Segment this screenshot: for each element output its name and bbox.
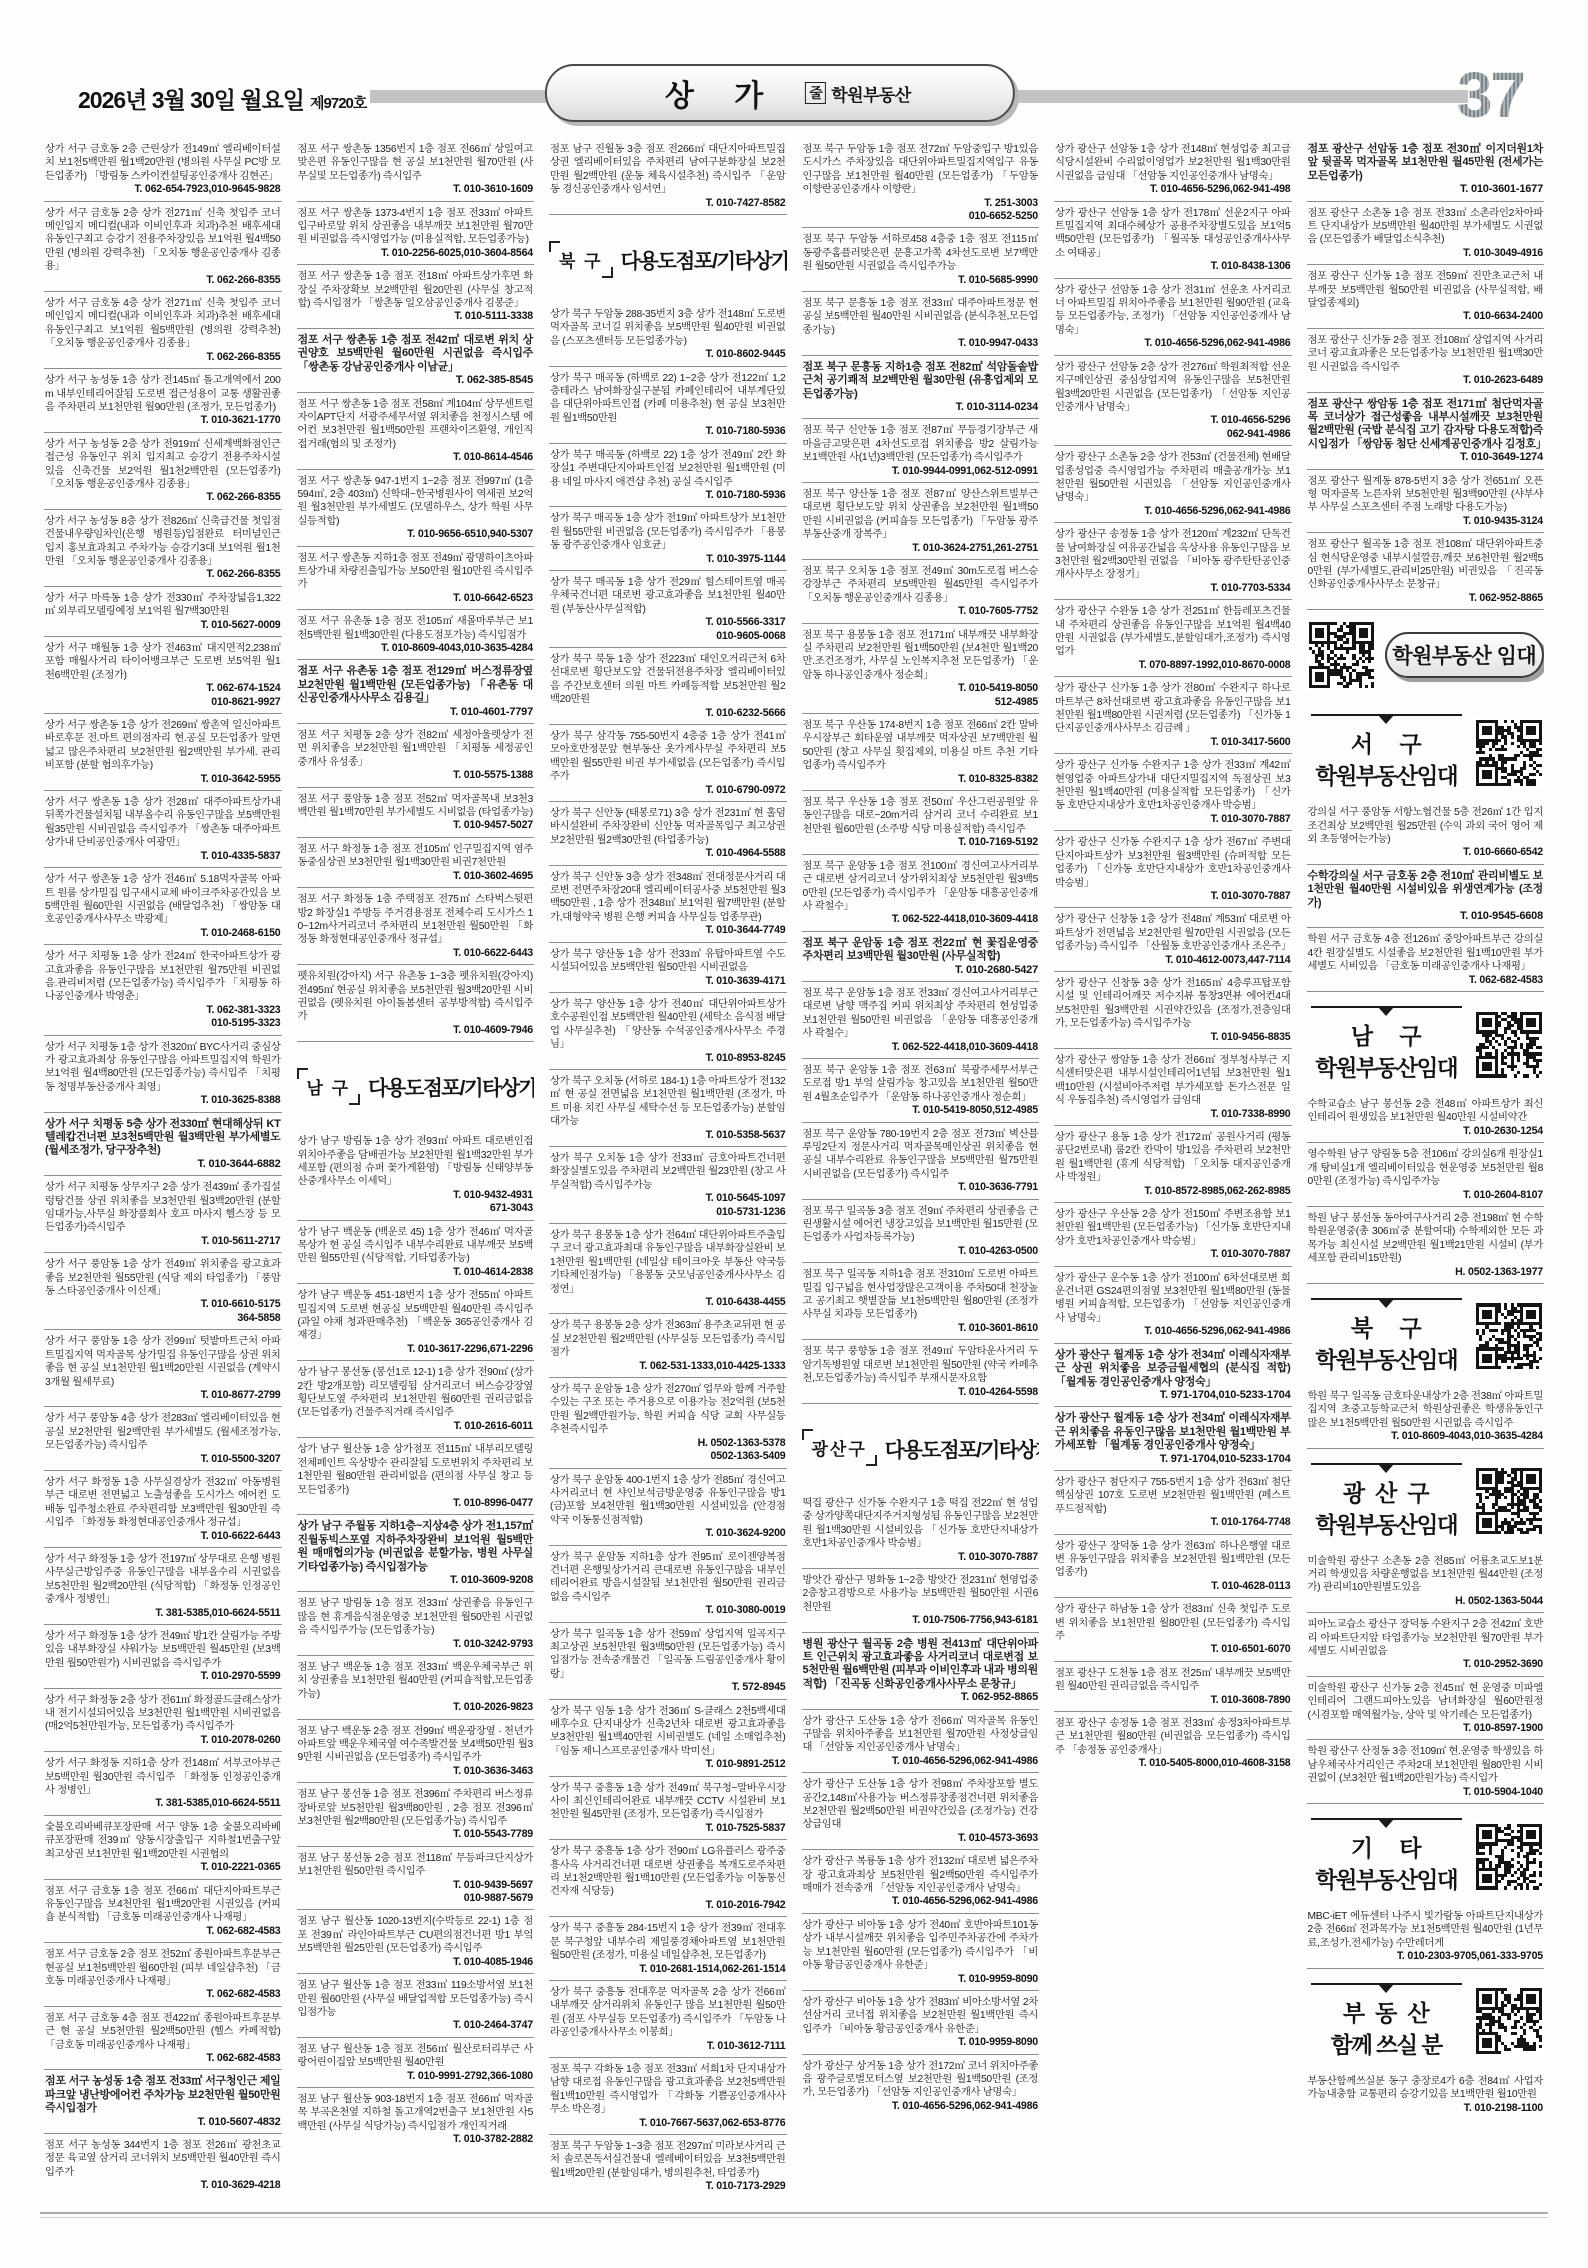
ad-phone: T. 010-3625-8388 (45, 1094, 281, 1107)
classified-ad: 상가 서구 쌍촌동 1층 상가 전28㎡ 대주아파트상가내 뒤쪽가건물설치됨 내… (44, 791, 282, 868)
ad-text: 상가 광산구 복룡동 1층 상가 전132㎡ 대로변 넓은주차장 광고효과최상 … (803, 1855, 1039, 1895)
column-6: 점포 광산구 선암동 1층 점포 전30㎡ 이지더원1차앞 뒷골목 먹자골목 보… (1307, 138, 1545, 2210)
ad-phone: T. 010-3644-6882 (45, 1158, 281, 1171)
classified-ad: 점포 북구 용봉동 1층 점포 전171㎡ 내부깨끗 내부화장실 주차편리 보2… (802, 624, 1040, 714)
ad-text: 상가 북구 일곡동 1층 상가 전59㎡ 상업지역 일곡지구 최고상권 보5천만… (550, 1628, 786, 1682)
column-5: 상가 광산구 선암동 1층 상가 전148㎡ 현성업중 최고급식당시설완비 수리… (1054, 138, 1292, 2210)
classified-ad: 점포 광산구 신가동 1층 점포 전59㎡ 진만초교근처 내부깨끗 보5백만원 … (1307, 265, 1545, 329)
ad-text: 상가 서구 마륵동 1층 상가 전330㎡ 주차장넓음1,322㎡ 외부리모델링… (45, 592, 281, 619)
date-text: 2026년 3월 30일 월요일 (78, 87, 304, 113)
classified-ad: 상가 광산구 신창동 1층 상가 전48㎡ 계53㎡ 대로변 아파트상가 전면넓… (1054, 908, 1292, 972)
ad-phone: T. 010-2616-6011 (298, 1420, 534, 1433)
ad-phone: T. 010-5607-4832 (45, 2116, 281, 2129)
ad-phone: T. 010-3049-4916 (1308, 247, 1544, 260)
bottom-rule-thin (40, 2217, 1548, 2218)
classified-ad: 점포 서구 쌍촌동 947-1번지 1~2층 점포 전997㎡ (1층 594㎡… (297, 470, 535, 547)
classified-ad: 상가 서구 매월동 1층 상가 전463㎡ 대지면적2,238㎡ 포함 매월사거… (44, 637, 282, 714)
ad-phone: T. 010-3417-5600 (1055, 736, 1291, 749)
ad-text: 점포 광산구 도천동 1층 점포 전25㎡ 내부깨끗 보5백만원 월40만원 권… (1055, 1667, 1291, 1694)
ad-phone: T. 010-2078-0260 (45, 1734, 281, 1747)
ad-text: 상가 북구 매곡동 (하백로 22) 1층 상가 전49㎡ 2칸 화장실1 주변… (550, 449, 786, 489)
classified-ad: 상가 광산구 첨단지구 755-5번지 1층 상가 전63㎡ 첨단핵심상권 10… (1054, 1471, 1292, 1535)
classified-ad: 점포 서구 화정동 1층 주택점포 전75㎡ 스타벅스뒷편 방2 화장실1 주방… (297, 888, 535, 965)
academy-district-text: 기 타학원부동산임대 (1307, 1818, 1467, 1895)
classified-ad: 피아노교습소 광산구 장덕동 수완지구 2층 전42㎡ 호반리 아파트단지앞 타… (1307, 1613, 1545, 1677)
ad-phone: T. 062-682-4583 (45, 1925, 281, 1938)
ad-phone: T. 010-3644-7749 (550, 924, 786, 937)
classified-ad: 상가 북구 신안동 (태봉로71) 3층 상가 전231㎡ 현 홀덤바시설완비 … (549, 802, 787, 866)
ad-text: 점포 서구 농성동 344번지 1층 점포 전26㎡ 광천초교 정문 육교옆 삼… (45, 2139, 281, 2179)
ad-text: 상가 북구 양산동 1층 상가 전40㎡ 대단위아파트상가 호수공원인접 보5백… (550, 998, 786, 1052)
ad-phone: T. 010-9656-6510,940-5307 (298, 528, 534, 541)
academy-banner-title: 학원부동산 임대 (1385, 632, 1545, 678)
page-header: 2026년 3월 30일 월요일제9720호 상 가 줄 학원부동산 37 (0, 58, 1588, 130)
ad-phone: T. 010-3649-1274 (1308, 451, 1544, 464)
ad-text: 점포 서구 화정동 1층 주택점포 전75㎡ 스타벅스뒷편 방2 화장실1 주방… (298, 893, 534, 947)
ad-text: 상가 서구 화정동 1층 상가 전49㎡ 방1칸 살림가능 주방있음 내부화장실… (45, 1630, 281, 1670)
classified-ad: 학원 광산구 산정동 3층 전109㎡ 현.운영중 학생있음 하남우체국사거리인… (1307, 1740, 1545, 1804)
ad-text: 상가 광산구 장덕동 1층 상가 전63㎡ 하나은행옆 대로변 유동인구많음 위… (1055, 1540, 1291, 1580)
ad-text: 상가 북구 신안동 (태봉로71) 3층 상가 전231㎡ 현 홀덤바시설완비 … (550, 807, 786, 847)
ad-text: 점포 북구 일곡동 3층 점포 전9㎡ 주차편리 상권좋음 근린생활시설 에어컨… (803, 1205, 1039, 1245)
ad-phone: T. 010-4656-5296,062-941-4986 (1055, 505, 1291, 518)
ad-text: 점포 서구 치평동 2층 상가 전82㎡ 세정아울렛상가 전면 위치좋음 보2천… (298, 729, 534, 769)
ad-text: 숯불오리바베큐포장판매 서구 양동 1층 숯불오리바베큐포장판매 전39㎡ 양동… (45, 1821, 281, 1861)
ad-text: 상가 광산구 신가동 수완지구 1층 상가 전33㎡ 계42㎡ 현영업중 아파트… (1055, 759, 1291, 813)
ad-text: 상가 광산구 신가동 수완지구 1층 상가 전67㎡ 주변대단지아파트상가 보3… (1055, 836, 1291, 890)
classified-ad: 상가 광산구 선암동 1층 상가 전178㎡ 선운2지구 아파트밀집지역 최대수… (1054, 202, 1292, 279)
classified-ad: 수학강의실 서구 금호동 2층 전10㎡ 관리비별도 보1천만원 월40만원 시… (1307, 865, 1545, 929)
classified-ad: 상가 북구 북동 1층 상가 전223㎡ 대인오거리근처 6차선대로변 횡단보도… (549, 648, 787, 725)
ad-text: 상가 북구 양산동 1층 상가 전33㎡ 유탑아파트옆 수도시설되어있음 보5백… (550, 948, 786, 975)
ad-text: 점포 광산구 쌍암동 1층 점포 전171㎡ 첨단먹자골목 코너상가 접근성좋음… (1308, 398, 1544, 452)
ad-text: 수학교습소 남구 봉선동 2층 전48㎡ 아파트상가 최신 인테리어 원생있음 … (1308, 1098, 1544, 1125)
ad-text: 점포 북구 신안동 1층 점포 전87㎡ 무등경기장부근 새마을금고맞은편 4차… (803, 424, 1039, 464)
classified-ad: 점포 서구 쌍촌동 지하1층 점포 전49㎡ 광명하이츠아파트상가내 차량진출입… (297, 547, 535, 611)
ad-text: 점포 북구 오치동 1층 점포 전49㎡ 30m도로접 버스승강장부근 주차편리… (803, 565, 1039, 605)
ad-phone: T. 010-5645-1097 010-5731-1236 (550, 1192, 786, 1219)
section-banner: 상 가 줄 학원부동산 (545, 64, 1015, 122)
academy-district-text: 광산구학원부동산임대 (1307, 1463, 1467, 1540)
qr-code-icon (1307, 620, 1377, 690)
ad-text: 학원 광산구 산정동 3층 전109㎡ 현.운영중 학생있음 하남우체국사거리인… (1308, 1745, 1544, 1785)
ad-text: 상가 북구 용봉동 1층 상가 전64㎡ 대단위아파트주출입구 코너 광고효과최… (550, 1229, 786, 1296)
classified-ad: 병원 광산구 월곡동 2층 병원 전413㎡ 대단위아파트 인근위치 광고효과좋… (802, 1633, 1040, 1710)
district-section-header: 북 구다용도점포/기타상가 (549, 215, 787, 303)
ad-text: 상가 광산구 하남동 1층 상가 전83㎡ 신축 첫입주 도로변 위치좋음 보1… (1055, 1603, 1291, 1643)
classified-ad: 상가 서구 화정동 지하1층 상가 전148㎡ 서부코아부근 보5백만원 월30… (44, 1752, 282, 1816)
classified-ad: 점포 북구 양산동 1층 점포 전87㎡ 양산스위트빌부근 대로변 횡단보도앞 … (802, 483, 1040, 560)
ad-text: 점포 남구 봉선동 1층 점포 전396㎡ 주차편리 버스정류장바로앞 보5천만… (298, 1788, 534, 1828)
classified-ad: 상가 북구 중흥동 전대후문 먹자골목 2층 상가 전66㎡ 내부깨끗 삼거리위… (549, 1981, 787, 2058)
ad-phone: T. 010-7180-5936 (550, 489, 786, 502)
ad-phone: T. 062-654-7923,010-9645-9828 (45, 183, 281, 196)
ad-text: 상가 광산구 상거동 1층 상가 전172㎡ 코너 위치아주좋음 광주글로벌모터… (803, 2060, 1039, 2100)
ad-text: 상가 광산구 비아동 1층 상가 전40㎡ 호반아파트101동상가 내부시설깨끗… (803, 1919, 1039, 1973)
ad-text: 상가 서구 화정동 2층 상가 전61㎡ 화정골드클래스상가내 전기시설되어있음… (45, 1694, 281, 1734)
ad-phone: T. 010-3608-7890 (1055, 1694, 1291, 1707)
classified-ad: 상가 광산구 용동 1층 상가 전172㎡ 공원사거리 (평동공단2번로내) 룸… (1054, 1126, 1292, 1203)
classified-ad: 수학교습소 남구 봉선동 2층 전48㎡ 아파트상가 최신 인테리어 원생있음 … (1307, 1093, 1545, 1143)
ad-text: 상가 남구 방림동 1층 상가 전93㎡ 아파트 대로변인접 위치아주좋음 담배… (298, 1135, 534, 1189)
academy-district-section: 서 구학원부동산임대 (1307, 700, 1545, 801)
classified-ad: 상가 서구 화정동 1층 사무실겸상가 전32㎡ 아동병원 부근 대로변 전면넓… (44, 1471, 282, 1548)
ad-phone: T. 010-8609-4043,010-3635-4284 (1308, 1430, 1544, 1443)
ad-phone: T. 010-3070-7887 (1055, 813, 1291, 826)
ad-phone: T. 010-9944-0991,062-512-0991 (803, 465, 1039, 478)
classified-ad: 점포 광산구 송정동 1층 점포 전33㎡ 송정3차아파트부근 보1천만원 월8… (1054, 1712, 1292, 1775)
classified-ad: 상가 광산구 수완동 1층 상가 전251㎡ 한듬레포츠건물내 주차편리 상권좋… (1054, 600, 1292, 677)
ad-text: 상가 광산구 월계동 1층 상가 전34㎡ 이레식자재부근 상권 위치좋음 보증… (1055, 1349, 1291, 1389)
ad-phone: T. 010-5500-3207 (45, 1453, 281, 1466)
ad-text: 상가 남구 월산동 1층 상가점포 전115㎡ 내부리모델링 전체페인트 옥상방… (298, 1443, 534, 1497)
ad-text: 점포 북구 일곡동 지하1층 점포 전310㎡ 도로변 아파트밀집 입구넓음 현… (803, 1268, 1039, 1322)
district-tag: 광산구 (802, 1429, 877, 1466)
ad-text: 상가 서구 치평동 1층 상가 전24㎡ 한국아파트상가 광고효과좋음 유동인구… (45, 950, 281, 1004)
ad-phone: T. 010-5419-8050 512-4985 (803, 682, 1039, 709)
academy-district-section: 북 구학원부동산임대 (1307, 1284, 1545, 1385)
ad-text: 상가 서구 풍암동 1층 상가 전99㎡ 텃밭마트근처 아파트밀집지역 먹자골목… (45, 1335, 281, 1389)
ad-phone: T. 010-8614-4546 (298, 451, 534, 464)
ad-text: 점포 북구 두암동 서하로458 4층중 1층 점포 전115㎡ 동광주홈플러맞… (803, 233, 1039, 273)
ad-phone: T. 010-3629-4218 (45, 2179, 281, 2192)
ad-text: 점포 북구 두암동 1~3층 점포 전297㎡ 미라보사거리 근처 솔로몬독서실… (550, 2140, 786, 2180)
section-subtitle: 줄 학원부동산 (805, 81, 911, 106)
ad-phone: T. 010-4609-7946 (298, 1024, 534, 1037)
classified-ad: 점포 서구 풍암동 1층 점포 전52㎡ 먹자골목내 보3천3백만원 월1백70… (297, 788, 535, 838)
classified-ad: 점포 광산구 신가동 2층 점포 전108㎡ 상업지역 사거리 코너 광고효과좋… (1307, 329, 1545, 393)
ad-phone: T. 010-5904-1040 (1308, 1786, 1544, 1799)
classified-ad: 상가 북구 매곡동 (하백로 22) 1층 상가 전49㎡ 2칸 화장실1 주변… (549, 444, 787, 508)
ad-text: 방앗간 광산구 명화동 1~2층 방앗간 전231㎡ 현영업중 2층창고겸방으로… (803, 1574, 1039, 1614)
ad-phone: T. 010-8572-8985,062-262-8985 (1055, 1185, 1291, 1198)
academy-district-text: 서 구학원부동산임대 (1307, 714, 1467, 791)
ad-phone: T. 062-385-8545 (298, 374, 534, 387)
ad-phone: T. 010-3602-4695 (298, 870, 534, 883)
academy-district-name: 기 타 (1307, 1830, 1467, 1863)
ad-phone: T. 010-8677-2799 (45, 1389, 281, 1402)
ad-phone: T. 010-6438-4455 (550, 1296, 786, 1309)
ad-text: 영수학원 남구 양림동 5층 전106㎡ 강의실6개 원장실1개 탕비실1개 엘… (1308, 1148, 1544, 1188)
classified-ad: 점포 북구 우산동 1층 점포 전50㎡ 우산그린공원앞 유동인구많음 대로~2… (802, 791, 1040, 855)
ad-phone: T. 010-2468-6150 (45, 927, 281, 940)
ad-phone: T. 010-6622-6443 (298, 947, 534, 960)
ad-text: 점포 광산구 신가동 1층 점포 전59㎡ 진만초교근처 내부깨끗 보5백만원 … (1308, 270, 1544, 310)
classified-ad: 상가 북구 임동 1층 상가 전36㎡ S-클래스 2천5백세대배후수요 단지내… (549, 1700, 787, 1777)
ad-phone: T. 010-9959-8090 (803, 1973, 1039, 1986)
ad-phone: T. 010-6634-2400 (1308, 310, 1544, 323)
ad-text: 상가 광산구 소촌동 2층 상가 전53㎡ (건물전체) 현배달업종성업중 즉시… (1055, 451, 1291, 505)
ad-phone: T. 010-5111-3338 (298, 310, 534, 323)
ad-phone: T. 010-2256-6025,010-3604-8564 (298, 247, 534, 260)
ad-phone: T. 010-8325-8382 (803, 773, 1039, 786)
newspaper-page: 2026년 3월 30일 월요일제9720호 상 가 줄 학원부동산 37 상가… (0, 0, 1588, 2268)
ad-text: 상가 북구 운암동 지하1층 상가 전95㎡ 로이젠양복점 건너편 은행및상가거… (550, 1551, 786, 1605)
ad-text: 상가 서구 쌍촌동 1층 상가 전28㎡ 대주아파트상가내 뒤쪽가건물설치됨 내… (45, 796, 281, 850)
ad-text: 상가 북구 매곡동 1층 상가 전19㎡ 아파트상가 보1천만원 월55만원 비… (550, 512, 786, 552)
classified-ad: 상가 광산구 도산동 1층 상가 전98㎡ 주차장포함 별도공간2,148㎡사용… (802, 1773, 1040, 1850)
ad-text: 상가 광산구 수완동 1층 상가 전251㎡ 한듬레포츠건물내 주차편리 상권좋… (1055, 605, 1291, 659)
ad-text: 상가 서구 화정동 1층 사무실겸상가 전32㎡ 아동병원 부근 대로변 전면넓… (45, 1476, 281, 1530)
classified-ad: 상가 광산구 선암동 2층 상가 전276㎡ 학원최적합 선운지구메인상권 중심… (1054, 356, 1292, 446)
ad-text: 상가 서구 치평동 5층 상가 전330㎡ 현대해상뒤 KT텔레캅건너편 보3천… (45, 1118, 281, 1158)
ad-phone: T. 010-4335-5837 (45, 850, 281, 863)
ad-phone: T. 251-3003 010-6652-5250 (803, 197, 1039, 224)
ad-phone: T. 010-5419-8050,512-4985 (803, 1104, 1039, 1117)
ad-phone: T. 010-6660-6542 (1308, 846, 1544, 859)
ad-phone: T. 010-9891-2512 (550, 1758, 786, 1771)
ad-phone: T. 010-9432-4931 671-3043 (298, 1189, 534, 1216)
academy-district-text: 부동산함께 쓰실 분 (1307, 1983, 1467, 2060)
ad-text: 점포 북구 우산동 174-8번지 1층 점포 전66㎡ 2칸 말바우시장부근 … (803, 719, 1039, 773)
ad-phone: T. 010-2970-5599 (45, 1670, 281, 1683)
classified-ad: 점포 북구 운암동 1층 점포 전22㎡ 현 꽃집운영중 주차편리 보3백만원 … (802, 932, 1040, 982)
ad-phone: T. 010-7180-5936 (550, 425, 786, 438)
ad-text: 상가 북구 중흥동 284-15번지 1층 상가 전39㎡ 전대후문 북구청앞 … (550, 1922, 786, 1962)
ad-phone: T. 010-3639-4171 (550, 975, 786, 988)
ad-phone: T. 010-7506-7756,943-6181 (803, 1614, 1039, 1627)
ad-text: 상가 서구 매월동 1층 상가 전463㎡ 대지면적2,238㎡ 포함 매월사거… (45, 642, 281, 682)
ad-text: 상가 서구 쌍촌동 1층 상가 전46㎡ 5.18먹자골목 아파트 원룸 상가밀… (45, 873, 281, 927)
ad-phone: T. 010-4573-3693 (803, 1832, 1039, 1845)
ad-text: 점포 북구 운암동 780-19번지 2층 점포 전73㎡ 벽산블루밍2단지 정… (803, 1128, 1039, 1182)
ad-text: 상가 서구 금호동 2층 상가 전271㎡ 신축 첫입주 코너 메인입지 메디컬… (45, 207, 281, 274)
ad-phone: T. 010-1764-7748 (1055, 1516, 1291, 1529)
ad-text: 상가 광산구 송정동 1층 상가 전120㎡ 계232㎡ 단독건물 남여화장실 … (1055, 528, 1291, 582)
ad-text: 점포 북구 문흥동 지하1층 점포 전82㎡ 석암돌솥밥근처 공기쾌적 보2백만… (803, 361, 1039, 401)
ad-text: 점포 서구 쌍촌동 1층 점포 전18㎡ 아파트상가후면 화장실 주차장확보 보… (298, 270, 534, 310)
classified-ad: 상가 광산구 도산동 1층 상가 전66㎡ 먹자골목 유동인구많음 위치아주좋음… (802, 1710, 1040, 1774)
ad-text: 미술학원 광산구 소촌동 2층 전85㎡ 어룡초교도보1분거리 학생있음 차량운… (1308, 1555, 1544, 1595)
ad-phone: T. 010-9435-3124 (1308, 515, 1544, 528)
ad-phone: T. 010-3601-1677 (1308, 183, 1544, 196)
column-1: 상가 서구 금호동 2층 근린상가 전149㎡ 엘리베이터설치 보1천5백만원 … (44, 138, 282, 2210)
issue-number: 제9720호 (310, 95, 366, 112)
classified-ad: 상가 서구 치평동 5층 상가 전330㎡ 현대해상뒤 KT텔레캅건너편 보3천… (44, 1113, 282, 1177)
classified-ad: 상가 서구 풍암동 1층 상가 전49㎡ 위치좋음 광고효과좋음 보2천만원 월… (44, 1253, 282, 1330)
ad-text: 상가 북구 오치동 (서하로 184-1) 1층 아파트상가 전132㎡ 현 공… (550, 1075, 786, 1129)
ad-phone: T. 010-3621-1770 (45, 414, 281, 427)
ad-phone: T. 010-3070-7887 (803, 1551, 1039, 1564)
ad-phone: H. 0502-1363-5378 0502-1363-5409 (550, 1437, 786, 1464)
classified-ad: 점포 서구 금호동 1층 점포 전66㎡ 대단지아파트부근 유동인구많음 보4천… (44, 1880, 282, 1944)
ad-text: 점포 광산구 신가동 2층 점포 전108㎡ 상업지역 사거리 코너 광고효과좋… (1308, 334, 1544, 374)
ad-text: 점포 서구 화정동 1층 점포 전105㎡ 인구밀집지역 염주동중심상권 보3천… (298, 843, 534, 870)
ad-text: 상가 남구 백운동 (백운로 45) 1층 상가 전46㎡ 먹자골목상가 현 공… (298, 1226, 534, 1266)
ad-phone: T. 010-4656-5296,062-941-4986 (803, 2100, 1039, 2113)
ad-phone: T. 010-6610-5175 364-5858 (45, 1298, 281, 1325)
classified-ad: 점포 광산구 월계동 878-5번지 3층 상가 전651㎡ 오픈형 먹자골목 … (1307, 470, 1545, 534)
classified-ad: 상가 북구 오치동 1층 상가 전33㎡ 금호아파트건너편 화장실별도있음 주차… (549, 1147, 787, 1224)
date-line: 2026년 3월 30일 월요일제9720호 (78, 82, 366, 115)
academy-district-section: 기 타학원부동산임대 (1307, 1804, 1545, 1905)
ad-phone: T. 010-3636-7791 (803, 1181, 1039, 1194)
ad-text: 점포 서구 쌍촌동 1층 점포 전42㎡ 대로변 위치 상권양호 보5백만원 월… (298, 334, 534, 374)
district-section-header: 광산구다용도점포/기타상가 (802, 1404, 1040, 1492)
classified-ad: 상가 북구 중흥동 1층 상가 전90㎡ LG유플러스 광주중흥사옥 사거리건너… (549, 1840, 787, 1917)
ad-phone: T. 010-4628-0113 (1055, 1580, 1291, 1593)
ad-text: 상가 북구 중흥동 1층 상가 전90㎡ LG유플러스 광주중흥사옥 사거리건너… (550, 1845, 786, 1899)
column-4: 점포 북구 두암동 1층 점포 전72㎡ 두암중입구 방1있음 도시가스 주차장… (802, 138, 1040, 2210)
ad-phone: T. 010-9991-2792,366-1080 (298, 2070, 534, 2083)
ad-text: 점포 남구 진월동 3층 점포 전266㎡ 대단지아파트밀집상권 엘리베이터있음… (550, 143, 786, 197)
ad-phone: T. 010-4656-5296,062-941-4986 (803, 1895, 1039, 1908)
ad-phone: T. 010-3601-8610 (803, 1322, 1039, 1335)
ad-text: 상가 남구 봉선동 (봉선1로 12-1) 1층 상가 전90㎡ (상가2칸 방… (298, 1366, 534, 1420)
ad-phone: T. 010-4656-5296,062-941-498 (1055, 183, 1291, 196)
classified-ad: 강의실 서구 풍암동 서항노협건물 5층 전26㎡ 1간 입지조건최상 보2백만… (1307, 801, 1545, 865)
classified-ad: 숯불오리바베큐포장판매 서구 양동 1층 숯불오리바베큐포장판매 전39㎡ 양동… (44, 1816, 282, 1880)
classified-ad: 상가 북구 매곡동 1층 상가 전29㎡ 힐스테이트옆 매곡우체국건너편 대로변… (549, 571, 787, 648)
classified-ad: 상가 광산구 월계동 1층 상가 전34㎡ 이레식자재부근 상권 위치좋음 보증… (1054, 1344, 1292, 1408)
ad-phone: T. 010-3975-1144 (550, 553, 786, 566)
section-header-title: 다용도점포/기타상가 (885, 1433, 1039, 1463)
ad-phone: T. 010-2221-0365 (45, 1861, 281, 1874)
classified-ad: 점포 북구 두암동 서하로458 4층중 1층 점포 전115㎡ 동광주홈플러맞… (802, 228, 1040, 292)
ad-phone: T. 062-266-8355 (45, 491, 281, 504)
classified-ad: 상가 광산구 장덕동 1층 상가 전63㎡ 하나은행옆 대로변 유동인구많음 위… (1054, 1535, 1292, 1599)
ad-text: 학원 북구 일곡동 금호타운내상가 2층 전38㎡ 아파트밀집지역 초중고등학교… (1308, 1390, 1544, 1430)
ad-text: 상가 북구 삼각동 755-50번지 4층중 1층 상가 전41㎡ 모아호반정문… (550, 730, 786, 784)
ad-text: 점포 광산구 월계동 878-5번지 3층 상가 전651㎡ 오픈형 먹자골목 … (1308, 475, 1544, 515)
ad-text: 점포 북구 양산동 1층 점포 전87㎡ 양산스위트빌부근 대로변 횡단보도앞 … (803, 488, 1039, 542)
classified-ad: 점포 광산구 쌍암동 1층 점포 전171㎡ 첨단먹자골목 코너상가 접근성좋음… (1307, 393, 1545, 470)
ad-text: 점포 북구 각화동 1층 점포 전33㎡ 서희1차 단지내상가 남향 대로접 유… (550, 2063, 786, 2117)
ad-text: 상가 서구 풍암동 1층 상가 전49㎡ 위치좋음 광고효과좋음 보2천만원 월… (45, 1258, 281, 1298)
ad-text: 상가 북구 중흥동 전대후문 먹자골목 2층 상가 전66㎡ 내부깨끗 삼거리위… (550, 1986, 786, 2040)
academy-district-name: 서 구 (1307, 726, 1467, 759)
ad-text: 상가 서구 농성동 8층 상가 전826㎡ 신축급건물 첫입점 건물내우량임차인… (45, 515, 281, 569)
ad-text: 점포 남구 월산동 903-18번지 1층 점포 전66㎡ 먹자골목 부곡온천옆… (298, 2093, 534, 2133)
classified-ad: 상가 서구 화정동 1층 상가 전197㎡ 상무대로 은행 병원 사무실근방입주… (44, 1548, 282, 1625)
ad-text: 부동산함께쓰실분 동구 충장로4가 6층 전84㎡ 사업자 가능내충함 교통편리… (1308, 2075, 1544, 2102)
academy-district-section: 부동산함께 쓰실 분 (1307, 1969, 1545, 2070)
ad-phone: T. 010-6790-0972 (550, 784, 786, 797)
classified-ad: 상가 광산구 하남동 1층 상가 전83㎡ 신축 첫입주 도로변 위치좋음 보1… (1054, 1598, 1292, 1662)
ad-phone: T. 010-3609-9208 (298, 1574, 534, 1587)
classified-ad: 상가 광산구 송정동 1층 상가 전120㎡ 계232㎡ 단독건물 남여화장실 … (1054, 523, 1292, 600)
classified-ad: 점포 남구 월산동 903-18번지 1층 점포 전66㎡ 먹자골목 부곡온천옆… (297, 2088, 535, 2151)
academy-district-name: 광산구 (1307, 1475, 1467, 1508)
ad-text: 상가 서구 치평동 상무지구 2층 상가 전439㎡ 종가집설렁탕건물 상권 위… (45, 1181, 281, 1235)
ad-phone: T. 010-8609-4043,010-3635-4284 (298, 642, 534, 655)
classified-ad: 상가 북구 중흥동 1층 상가 전49㎡ 북구청~말바우시장사이 최신인테리어완… (549, 1777, 787, 1841)
ad-text: 상가 광산구 신창동 1층 상가 전48㎡ 계53㎡ 대로변 아파트상가 전면넓… (1055, 913, 1291, 953)
classified-ad: 점포 북구 우산동 174-8번지 1층 점포 전66㎡ 2칸 말바우시장부근 … (802, 714, 1040, 791)
classified-ad: 점포 남구 월산동 1층 점포 전56㎡ 월산로터리부근 사랑어린이집앞 보5백… (297, 2038, 535, 2088)
ad-phone: T. 010-7667-5637,062-653-8776 (550, 2117, 786, 2130)
ad-phone: T. 010-5405-8000,010-4608-3158 (1055, 1757, 1291, 1770)
classified-ad: 상가 남구 방림동 1층 상가 전93㎡ 아파트 대로변인접 위치아주좋음 담배… (297, 1130, 535, 1220)
ad-phone: T. 062-952-8865 (1308, 592, 1544, 605)
academy-district-title: 학원부동산임대 (1307, 1051, 1467, 1083)
ad-text: 점포 남구 월산동 1층 점포 전33㎡ 119소방서옆 보1천만원 월60만원… (298, 1979, 534, 2019)
classified-ad: 상가 북구 중흥동 284-15번지 1층 상가 전39㎡ 전대후문 북구청앞 … (549, 1917, 787, 1981)
ad-phone: T. 010-5566-3317 010-9605-0068 (550, 616, 786, 643)
classified-ad: 점포 서구 농성동 344번지 1층 점포 전26㎡ 광천초교 정문 육교옆 삼… (44, 2134, 282, 2197)
district-tag: 남 구 (297, 1068, 361, 1105)
ad-phone: T. 062-952-8865 (803, 1691, 1039, 1704)
classified-ad: 상가 북구 양산동 1층 상가 전33㎡ 유탑아파트옆 수도시설되어있음 보5백… (549, 943, 787, 993)
academy-district-name: 부동산 (1307, 1995, 1467, 2028)
ad-text: 점포 서구 쌍촌동 1층 점포 전58㎡ 계104㎡ 상무센트럴자이APT단지 … (298, 398, 534, 452)
column-2: 점포 서구 쌍촌동 1356번지 1층 점포 전66㎡ 상일여고 맞은편 유동인… (297, 138, 535, 2210)
ad-phone: T. 010-2198-1100 (1308, 2102, 1544, 2115)
ad-text: 점포 북구 운암동 1층 점포 전100㎡ 경신여고사거리부근 대로변 삼거리코… (803, 860, 1039, 914)
classified-ad: 상가 서구 금호동 4층 상가 전271㎡ 신축 첫입주 코너 메인입지 메디컬… (44, 292, 282, 369)
classified-ad: 상가 서구 금호동 2층 근린상가 전149㎡ 엘리베이터설치 보1천5백만원 … (44, 138, 282, 202)
ad-phone: T. 010-2604-8107 (1308, 1189, 1544, 1202)
ad-text: 상가 북구 운암동 400-1번지 1층 상가 전85㎡ 경신여고사거리코너 현… (550, 1474, 786, 1528)
qr-code-icon (1474, 1466, 1544, 1536)
ad-phone: T. 010-6622-6443 (45, 1530, 281, 1543)
ad-phone: T. 010-4085-1946 (298, 1956, 534, 1969)
academy-district-text: 남 구학원부동산임대 (1307, 1006, 1467, 1083)
ad-phone: T. 010-3782-2882 (298, 2133, 534, 2146)
triangle-marker-icon (1311, 714, 1463, 724)
classified-ad: 상가 광산구 선암동 1층 상가 전31㎡ 선운초 사거리코너 아파트밀집 위치… (1054, 279, 1292, 356)
classified-ad: 상가 북구 운암동 지하1층 상가 전95㎡ 로이젠양복점 건너편 은행및상가거… (549, 1546, 787, 1623)
ad-text: 상가 광산구 신창동 3층 상가 전165㎡ 4층루프탑포함 시설 및 인테리어… (1055, 977, 1291, 1031)
ad-text: 점포 서구 쌍촌동 1356번지 1층 점포 전66㎡ 상일여고 맞은편 유동인… (298, 143, 534, 183)
classified-ad: 점포 남구 봉선동 2층 점포 전118㎡ 무등파크단지상가 보1천만원 월50… (297, 1847, 535, 1911)
classified-ad: 점포 북구 오치동 1층 점포 전49㎡ 30m도로접 버스승강장부근 주차편리… (802, 560, 1040, 624)
ad-phone: T. 010-3642-5955 (45, 773, 281, 786)
classified-ad: 상가 광산구 신가동 수완지구 1층 상가 전33㎡ 계42㎡ 현영업중 아파트… (1054, 754, 1292, 831)
ad-phone: T. 010-5611-2717 (45, 1235, 281, 1248)
ad-text: 점포 서구 쌍촌동 1373-4번지 1층 점포 전33㎡ 아파트입구바로앞 위… (298, 207, 534, 247)
ad-phone: T. 010-9456-8835 (1055, 1031, 1291, 1044)
ad-text: 학원 서구 금호동 4층 전126㎡ 중앙아파트부근 강의실 4칸 원장실별도 … (1308, 933, 1544, 973)
ad-text: 상가 서구 화정동 1층 상가 전197㎡ 상무대로 은행 병원 사무실근방입주… (45, 1553, 281, 1607)
ad-phone: T. 010-9545-6608 (1308, 910, 1544, 923)
classified-ad: 점포 북구 신안동 1층 점포 전87㎡ 무등경기장부근 새마을금고맞은편 4차… (802, 419, 1040, 483)
ad-phone: T. 062-682-4583 (45, 1988, 281, 2001)
triangle-marker-icon (1311, 1006, 1463, 1016)
ad-text: 수학강의실 서구 금호동 2층 전10㎡ 관리비별도 보1천만원 월40만원 시… (1308, 870, 1544, 910)
classified-ad: 점포 광산구 선암동 1층 점포 전30㎡ 이지더원1차앞 뒷골목 먹자골목 보… (1307, 138, 1545, 202)
ad-phone: T. 010-2623-6489 (1308, 374, 1544, 387)
classified-ad: 방앗간 광산구 명화동 1~2층 방앗간 전231㎡ 현영업중 2층창고겸방으로… (802, 1569, 1040, 1633)
classified-ad: 점포 북구 운암동 780-19번지 2층 점포 전73㎡ 벽산블루밍2단지 정… (802, 1123, 1040, 1200)
classified-ad: 점포 남구 백운동 1층 점포 전33㎡ 백운우체국부근 위치 상권좋음 보1천… (297, 1656, 535, 1720)
classified-ad: 점포 서구 치평동 2층 상가 전82㎡ 세정아울렛상가 전면 위치좋음 보2천… (297, 724, 535, 788)
classified-ad: 학원 북구 일곡동 금호타운내상가 2층 전38㎡ 아파트밀집지역 초중고등학교… (1307, 1385, 1545, 1449)
ad-phone: T. 010-5575-1388 (298, 769, 534, 782)
ad-text: 점포 서구 풍암동 1층 점포 전52㎡ 먹자골목내 보3천3백만원 월1백70… (298, 793, 534, 820)
classified-ad: 학원 남구 봉선동 동아여구사거리 2층 전198㎡ 현 수학학원운영중(총 3… (1307, 1207, 1545, 1284)
classified-ad: 점포 남구 백운동 2층 점포 전99㎡ 백운광장옆 · 천년가아파트앞 백운우… (297, 1720, 535, 1784)
classified-ad: 상가 광산구 월계동 1층 상가 전34㎡ 이레식자재부근 위치좋음 유동인구많… (1054, 1407, 1292, 1471)
ad-phone: T. 010-5543-7789 (298, 1828, 534, 1841)
ad-phone: T. 062-266-8355 (45, 351, 281, 364)
classified-ad: 상가 북구 운암동 400-1번지 1층 상가 전85㎡ 경신여고사거리코너 현… (549, 1469, 787, 1546)
ad-phone: T. 010-4612-0073,447-7114 (1055, 954, 1291, 967)
ad-phone: T. 010-3617-2296,671-2296 (298, 1343, 534, 1356)
ad-text: 점포 북구 운암동 1층 점포 전33㎡ 경신여고사거리부근 대로변 남향 맥주… (803, 987, 1039, 1041)
ad-text: 점포 남구 월산동 1020-13번지(수박등로 22-1) 1층 점포 전39… (298, 1915, 534, 1955)
classified-ad: 점포 북구 운암동 1층 점포 전33㎡ 경신여고사거리부근 대로변 남향 맥주… (802, 982, 1040, 1059)
academy-district-title: 함께 쓰실 분 (1307, 2028, 1467, 2060)
ad-phone: T. 010-8953-8245 (550, 1052, 786, 1065)
classified-columns: 상가 서구 금호동 2층 근린상가 전149㎡ 엘리베이터설치 보1천5백만원 … (44, 138, 1544, 2210)
ad-phone: T. 062-682-4583 (1308, 974, 1544, 987)
classified-ad: 상가 남구 봉선동 (봉선1로 12-1) 1층 상가 전90㎡ (상가2칸 방… (297, 1361, 535, 1438)
ad-phone: T. 010-7338-8990 (1055, 1108, 1291, 1121)
classified-ad: 상가 북구 매곡동 1층 상가 전19㎡ 아파트상가 보1천만원 월55만원 비… (549, 507, 787, 571)
classified-ad: 상가 북구 양산동 1층 상가 전40㎡ 대단위아파트상가 호수공원인접 보5백… (549, 993, 787, 1070)
ad-text: 점포 북구 풍향동 1층 점포 전49㎡ 두암타운사거리 두암기독병원옆 대로변… (803, 1345, 1039, 1385)
